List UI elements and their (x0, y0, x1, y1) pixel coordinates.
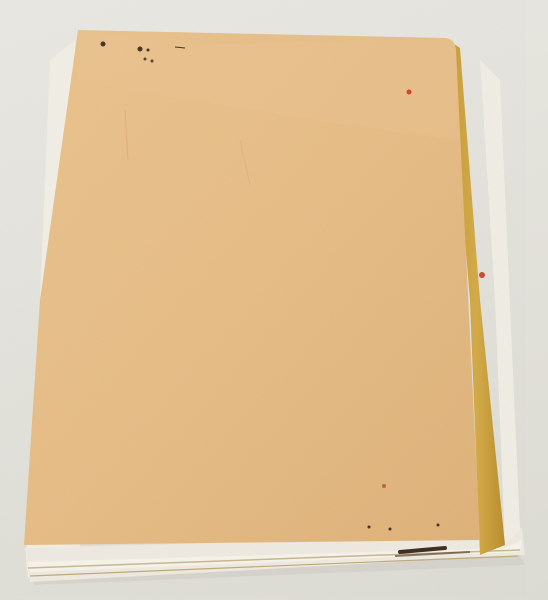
photo-scene (0, 0, 548, 600)
folder-cover (24, 30, 480, 545)
folder-stack-photo (0, 0, 548, 600)
